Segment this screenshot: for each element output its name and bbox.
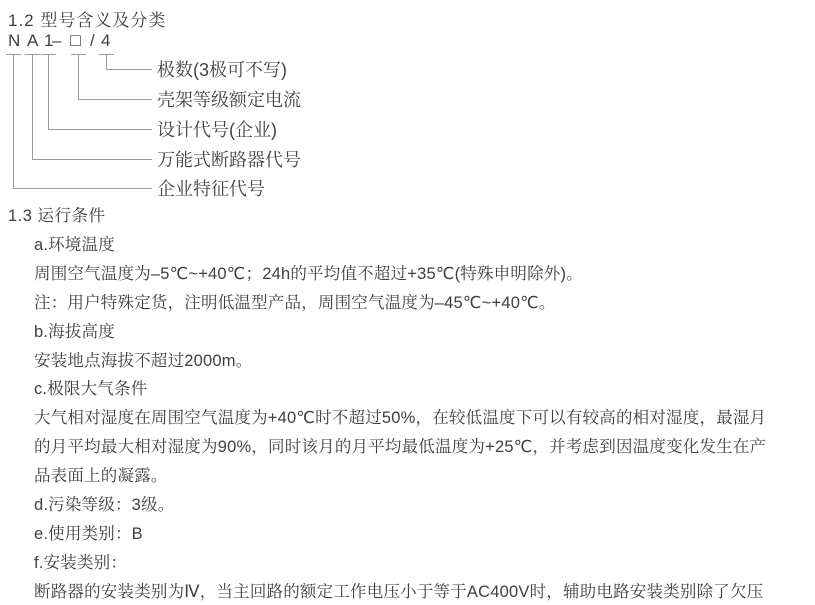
condition-line-altitude-detail: 安装地点海拔不超过2000m。 xyxy=(8,347,808,376)
designation-label-design-code: 设计代号(企业) xyxy=(157,119,277,141)
condition-line-humidity-detail-3: 品表面上的凝露。 xyxy=(8,462,808,491)
model-char-n: N xyxy=(8,31,20,51)
condition-line-pollution-degree: d.污染等级：3级。 xyxy=(8,491,808,520)
designation-label-enterprise-code: 企业特征代号 xyxy=(157,178,265,200)
condition-line-installation-detail: 断路器的安装类别为Ⅳ，当主回路的额定工作电压小于等于AC400V时，辅助电路安装… xyxy=(8,578,808,605)
manual-document-page: 1.2 型号含义及分类 N A 1 – □ / 4 极数(3极可不写) 壳架等级… xyxy=(0,0,815,605)
condition-line-ambient-temp-detail: 周围空气温度为–5℃~+40℃；24h的平均值不超过+35℃(特殊申明除外)。 xyxy=(8,260,808,289)
condition-line-humidity-detail-1: 大气相对湿度在周围空气温度为+40℃时不超过50%，在较低温度下可以有较高的相对… xyxy=(8,404,808,433)
connector-line-enterprise-code xyxy=(13,54,152,189)
condition-line-atmosphere-title: c.极限大气条件 xyxy=(8,375,808,404)
model-designation-diagram: N A 1 – □ / 4 极数(3极可不写) 壳架等级额定电流 设计代号(企业… xyxy=(0,0,815,205)
designation-label-poles: 极数(3极可不写) xyxy=(157,59,287,81)
model-pole-number: 4 xyxy=(101,31,110,51)
condition-line-altitude-title: b.海拔高度 xyxy=(8,318,808,347)
section-1-3-operating-conditions: 1.3 运行条件 a.环境温度 周围空气温度为–5℃~+40℃；24h的平均值不… xyxy=(8,202,808,605)
condition-line-ambient-temp-title: a.环境温度 xyxy=(8,231,808,260)
model-dash: – xyxy=(52,31,61,51)
model-slash: / xyxy=(90,31,95,51)
model-placeholder-box: □ xyxy=(70,30,81,51)
designation-label-frame-current: 壳架等级额定电流 xyxy=(157,89,301,111)
condition-line-installation-title: f.安装类别： xyxy=(8,549,808,578)
condition-line-humidity-detail-2: 的月平均最大相对湿度为90%，同时该月的月平均最低温度为+25℃，并考虑到因温度… xyxy=(8,433,808,462)
section-1-3-heading: 1.3 运行条件 xyxy=(8,202,808,231)
model-char-a: A xyxy=(27,31,38,51)
condition-line-ambient-temp-note: 注：用户特殊定货，注明低温型产品，周围空气温度为–45℃~+40℃。 xyxy=(8,289,808,318)
condition-line-utilization-category: e.使用类别：B xyxy=(8,520,808,549)
designation-label-breaker-type: 万能式断路器代号 xyxy=(157,149,301,171)
